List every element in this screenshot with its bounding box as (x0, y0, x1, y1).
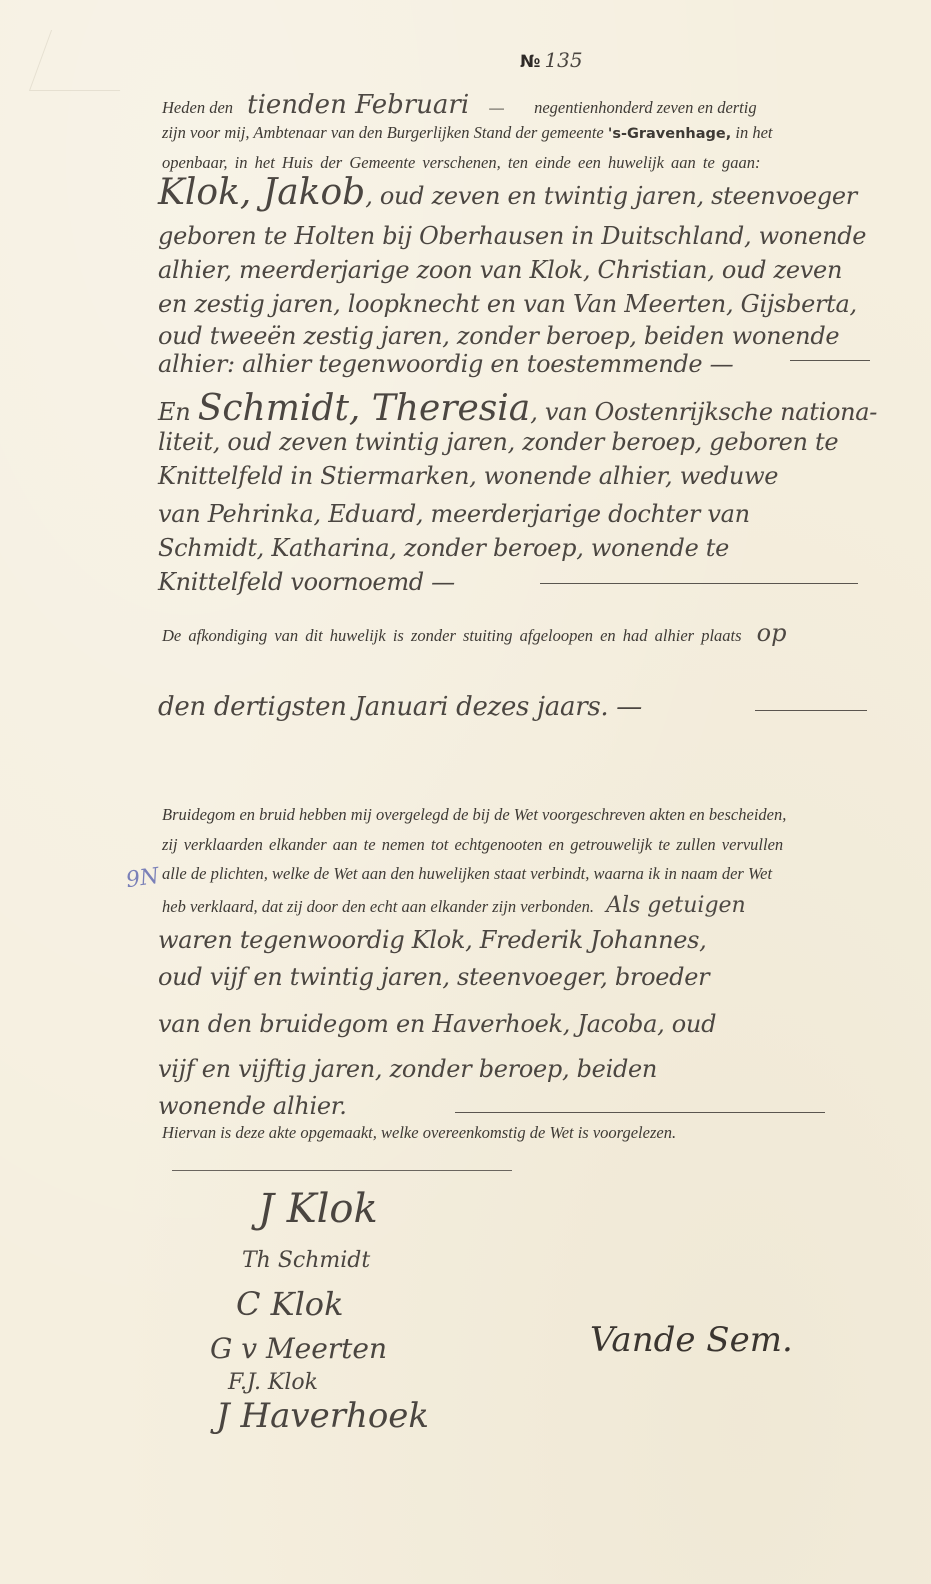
witness-line-2: oud vijf en twintig jaren, steenvoeger, … (158, 963, 898, 991)
header-line-1: Heden den tienden Februari — negentienho… (162, 90, 757, 120)
signature-groom-father: C Klok (236, 1285, 343, 1323)
bride-prefix: En (158, 398, 190, 426)
declaration-line-2: zij verklaarden elkander aan te nemen to… (162, 835, 783, 855)
fill-line (540, 583, 858, 584)
groom-name: Klok, Jakob (158, 172, 365, 213)
signature-separator (172, 1170, 512, 1171)
groom-line-6: alhier: alhier tegenwoordig en toestemme… (158, 350, 898, 378)
municipality: 's-Gravenhage, (608, 126, 731, 142)
record-number: №135 (520, 48, 583, 72)
bride-name: Schmidt, Theresia (198, 388, 531, 429)
bleed-through-mark (29, 30, 142, 91)
header-text: zijn voor mij, Ambtenaar van den Burgerl… (162, 123, 608, 142)
fill-line (755, 710, 867, 711)
document-page: №135 Heden den tienden Februari — negent… (0, 0, 931, 1584)
bride-line-4: van Pehrinka, Eduard, meerderjarige doch… (158, 500, 898, 528)
declaration-line-3: alle de plichten, welke de Wet aan den h… (162, 864, 772, 884)
bride-line-1: En Schmidt, Theresia, van Oostenrijksche… (158, 388, 898, 429)
proclamation-date: den dertigsten Januari dezes jaars. — (158, 692, 898, 722)
header-line-2: zijn voor mij, Ambtenaar van den Burgerl… (162, 123, 773, 143)
number-sign: № (520, 52, 540, 72)
fill-line (790, 360, 870, 361)
record-number-value: 135 (544, 48, 582, 72)
signature-witness-2: J Haverhoek (216, 1396, 429, 1436)
bride-line-6: Knittelfeld voornoemd — (158, 568, 898, 596)
signature-groom-mother: G v Meerten (210, 1332, 387, 1365)
declaration-line-4: heb verklaard, dat zij door den echt aan… (162, 893, 746, 918)
groom-line-2: geboren te Holten bij Oberhausen in Duit… (158, 222, 898, 250)
bride-details: , van Oostenrijksche nationa- (530, 398, 877, 426)
handwritten-op: op (757, 619, 787, 647)
groom-line-5: oud tweeën zestig jaren, zonder beroep, … (158, 322, 898, 350)
bride-line-2: liteit, oud zeven twintig jaren, zonder … (158, 428, 898, 456)
witness-line-4: vijf en vijftig jaren, zonder beroep, be… (158, 1055, 898, 1083)
fill-line (455, 1112, 825, 1113)
groom-line-3: alhier, meerderjarige zoon van Klok, Chr… (158, 256, 898, 284)
declaration-text: heb verklaard, dat zij door den echt aan… (162, 897, 594, 916)
witness-line-3: van den bruidegom en Haverhoek, Jacoba, … (158, 1010, 898, 1038)
header-line-3: openbaar, in het Huis der Gemeente versc… (162, 153, 760, 173)
margin-annotation: 9N (124, 864, 160, 893)
signature-groom: J Klok (258, 1186, 378, 1232)
groom-line-4: en zestig jaren, loopknecht en van Van M… (158, 290, 898, 318)
proclamation-text: De afkondiging van dit huwelijk is zonde… (162, 619, 786, 647)
handwritten-getuigen: Als getuigen (606, 893, 746, 918)
header-text-end: in het (731, 123, 772, 142)
witness-line-5: wonende alhier. (158, 1092, 898, 1120)
handwritten-date: tienden Februari (247, 90, 469, 120)
closing-text: Hiervan is deze akte opgemaakt, welke ov… (162, 1123, 676, 1143)
bride-line-3: Knittelfeld in Stiermarken, wonende alhi… (158, 462, 898, 490)
signature-official: Vande Sem. (590, 1320, 793, 1360)
groom-line-1: Klok, Jakob, oud zeven en twintig jaren,… (158, 172, 898, 213)
header-prefix: Heden den (162, 98, 233, 117)
witness-line-1: waren tegenwoordig Klok, Frederik Johann… (158, 926, 898, 954)
header-year: negentienhonderd zeven en dertig (534, 98, 757, 117)
groom-details: , oud zeven en twintig jaren, steenvoege… (365, 182, 857, 210)
bride-line-5: Schmidt, Katharina, zonder beroep, wonen… (158, 534, 898, 562)
dash: — (489, 98, 504, 117)
signature-witness-1: F.J. Klok (228, 1370, 318, 1395)
proclamation-printed: De afkondiging van dit huwelijk is zonde… (162, 626, 742, 645)
signature-bride: Th Schmidt (242, 1248, 370, 1273)
declaration-line-1: Bruidegom en bruid hebben mij overgelegd… (162, 805, 786, 825)
